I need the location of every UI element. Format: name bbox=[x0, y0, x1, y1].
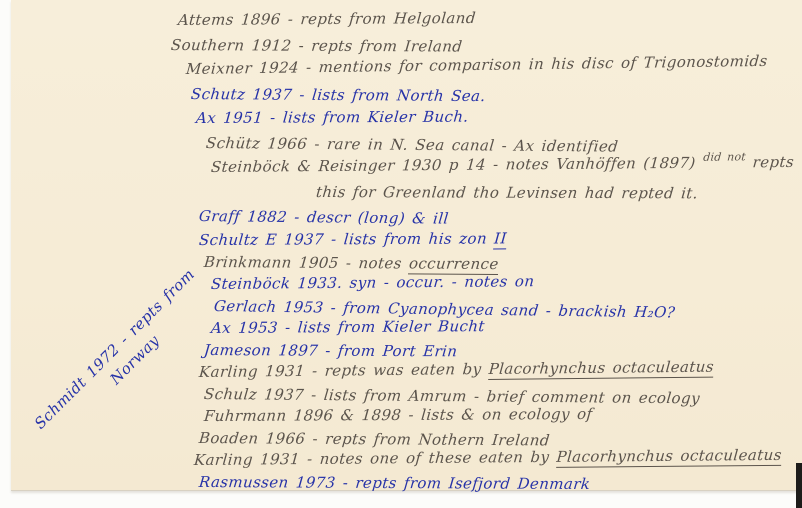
note-line: Karling 1931 - notes one of these eaten … bbox=[193, 443, 802, 470]
note-line: Steinböck & Reisinger 1930 p 14 - notes … bbox=[210, 150, 802, 180]
note-line: Rasmussen 1973 - repts from Isefjord Den… bbox=[198, 471, 802, 496]
note-line: Attems 1896 - repts from Helgoland bbox=[177, 4, 802, 33]
note-text: Fuhrmann 1896 & 1898 - lists & on ecolog… bbox=[203, 404, 593, 424]
note-text: Ax 1951 - lists from Kieler Buch. bbox=[195, 108, 469, 127]
note-line: Fuhrmann 1896 & 1898 - lists & on ecolog… bbox=[203, 401, 802, 426]
note-text: Graff 1882 - descr (long) & ill bbox=[198, 207, 449, 228]
underlined-term: II bbox=[493, 229, 507, 249]
note-line: Ax 1951 - lists from Kieler Buch. bbox=[195, 103, 802, 131]
note-line: Steinböck 1933. syn - occur. - notes on bbox=[210, 267, 802, 294]
note-text: Brinkmann 1905 - notes bbox=[203, 253, 410, 272]
note-text: Schutz 1937 - lists from North Sea. bbox=[190, 85, 486, 105]
note-text: Karling 1931 - notes one of these eaten … bbox=[193, 447, 557, 468]
underlined-term: Placorhynchus octaculeatus bbox=[488, 357, 715, 379]
note-line: this for Greenland tho Levinsen had rept… bbox=[315, 180, 802, 206]
note-text: Attems 1896 - repts from Helgoland bbox=[177, 9, 476, 29]
note-text: Schultz E 1937 - lists from his zon bbox=[198, 229, 495, 249]
notes-list: Attems 1896 - repts from HelgolandSouthe… bbox=[166, 8, 802, 493]
note-text: Southern 1912 - repts from Ireland bbox=[170, 36, 463, 56]
note-text: Karling 1931 - repts was eaten by bbox=[198, 359, 489, 380]
inserted-note: did not bbox=[703, 150, 747, 163]
note-line: Ax 1953 - lists from Kieler Bucht bbox=[210, 312, 802, 338]
note-text: Rasmussen 1973 - repts from Isefjord Den… bbox=[198, 473, 591, 493]
note-text: Meixner 1924 - mentions for comparison i… bbox=[185, 52, 768, 78]
note-text: repts bbox=[745, 153, 795, 171]
note-line: Schultz E 1937 - lists from his zon II bbox=[198, 225, 802, 250]
note-text: Jameson 1897 - from Port Erin bbox=[203, 341, 458, 360]
scanned-card-page: Attems 1896 - repts from HelgolandSouthe… bbox=[0, 0, 802, 508]
underlined-term: Placorhynchus octaculeatus bbox=[556, 445, 783, 467]
note-text: this for Greenland tho Levinsen had rept… bbox=[315, 183, 699, 202]
note-text: Ax 1953 - lists from Kieler Bucht bbox=[210, 317, 485, 337]
note-text: Steinböck 1933. syn - occur. - notes on bbox=[210, 272, 535, 293]
note-text: Steinböck & Reisinger 1930 p 14 - notes … bbox=[210, 154, 703, 176]
index-card: Attems 1896 - repts from HelgolandSouthe… bbox=[11, 0, 802, 491]
scan-corner-shadow bbox=[796, 463, 802, 508]
